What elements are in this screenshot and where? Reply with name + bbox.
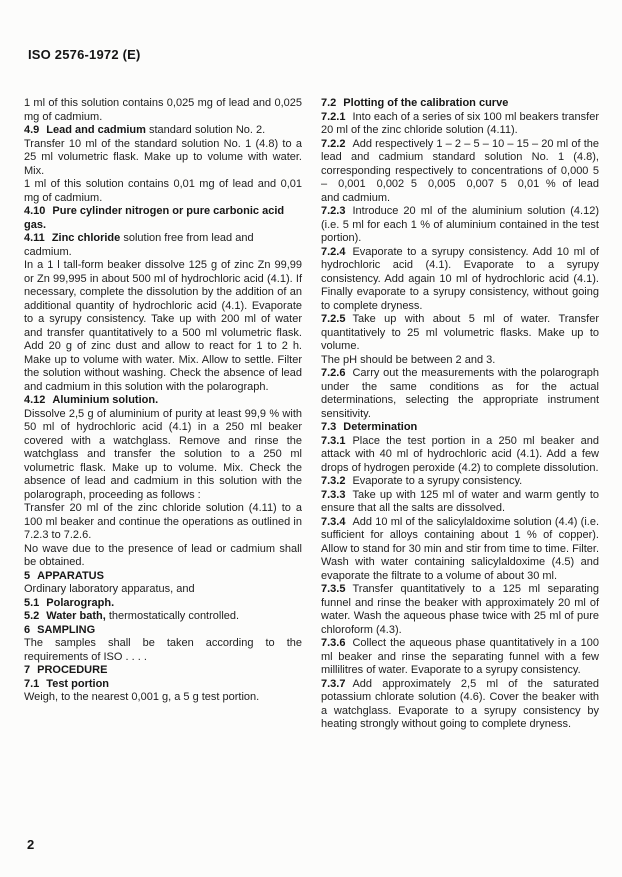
clause-number: 7.3.7 — [321, 678, 345, 690]
right-column: 7.2Plotting of the calibration curve 7.2… — [321, 97, 599, 732]
numbered-paragraph-7-2-5: 7.2.5Take up with about 5 ml of water. T… — [321, 313, 599, 354]
clause-text: Evaporate to a syrupy consistency. — [352, 475, 522, 487]
clause-title: Polarograph. — [46, 597, 114, 609]
paragraph: Ordinary laboratory apparatus, and — [24, 583, 302, 597]
numbered-paragraph-7-3-2: 7.3.2Evaporate to a syrupy consistency. — [321, 475, 599, 489]
clause-number: 7.3.2 — [321, 475, 345, 487]
paragraph: In a 1 l tall-form beaker dissolve 125 g… — [24, 259, 302, 394]
clause-title: Pure cylinder nitrogen or pure carbonic … — [24, 205, 284, 231]
clause-text: Place the test portion in a 250 ml beake… — [321, 435, 599, 474]
numbered-paragraph-7-2-2: 7.2.2Add respectively 1 – 2 – 5 – 10 – 1… — [321, 138, 599, 206]
section-number: 5 — [24, 570, 30, 582]
paragraph: No wave due to the presence of lead or c… — [24, 543, 302, 570]
paragraph: Dissolve 2,5 g of aluminium of purity at… — [24, 408, 302, 503]
paragraph: 1 ml of this solution contains 0,025 mg … — [24, 97, 302, 124]
clause-number: 7.2 — [321, 97, 336, 109]
clause-number: 7.2.2 — [321, 138, 345, 150]
numbered-paragraph-7-3-5: 7.3.5Transfer quantitatively to a 125 ml… — [321, 583, 599, 637]
paragraph: The pH should be between 2 and 3. — [321, 354, 599, 368]
section-heading-6: 6SAMPLING — [24, 624, 302, 638]
numbered-paragraph-7-3-3: 7.3.3Take up with 125 ml of water and wa… — [321, 489, 599, 516]
clause-heading-4-12: 4.12Aluminium solution. — [24, 394, 302, 408]
clause-title: Aluminium solution. — [52, 394, 158, 406]
numbered-paragraph-7-2-3: 7.2.3Introduce 20 ml of the aluminium so… — [321, 205, 599, 246]
section-number: 7 — [24, 664, 30, 676]
page-number: 2 — [27, 837, 34, 852]
clause-text: Collect the aqueous phase quantitatively… — [321, 637, 599, 676]
numbered-paragraph-7-2-1: 7.2.1Into each of a series of six 100 ml… — [321, 111, 599, 138]
clause-text: Into each of a series of six 100 ml beak… — [321, 111, 599, 137]
section-heading-7: 7PROCEDURE — [24, 664, 302, 678]
clause-title: Water bath, — [46, 610, 106, 622]
clause-number: 4.11 — [24, 232, 45, 244]
clause-text: Add respectively 1 – 2 – 5 – 10 – 15 – 2… — [321, 138, 599, 204]
clause-text: Transfer quantitatively to a 125 ml sepa… — [321, 583, 599, 636]
clause-number: 5.2 — [24, 610, 39, 622]
clause-number: 7.1 — [24, 678, 39, 690]
clause-number: 7.3 — [321, 421, 336, 433]
paragraph: 1 ml of this solution contains 0,01 mg o… — [24, 178, 302, 205]
clause-heading-7-3: 7.3Determination — [321, 421, 599, 435]
clause-number: 7.3.6 — [321, 637, 345, 649]
clause-text: Evaporate to a syrupy consistency. Add 1… — [321, 246, 599, 312]
clause-heading-5-2: 5.2Water bath, thermostatically controll… — [24, 610, 302, 624]
clause-number: 7.3.3 — [321, 489, 345, 501]
section-number: 6 — [24, 624, 30, 636]
clause-text: Add approximately 2,5 ml of the saturate… — [321, 678, 599, 731]
clause-number: 7.2.5 — [321, 313, 345, 325]
paragraph: The samples shall be taken according to … — [24, 637, 302, 664]
numbered-paragraph-7-2-4: 7.2.4Evaporate to a syrupy consistency. … — [321, 246, 599, 314]
clause-title-rest: thermostatically controlled. — [106, 610, 239, 622]
clause-number: 4.12 — [24, 394, 45, 406]
paragraph: Weigh, to the nearest 0,001 g, a 5 g tes… — [24, 691, 302, 705]
two-column-body: 1 ml of this solution contains 0,025 mg … — [24, 97, 599, 732]
clause-title-rest: standard solution No. 2. — [146, 124, 265, 136]
clause-title: Determination — [343, 421, 417, 433]
numbered-paragraph-7-2-6: 7.2.6Carry out the measurements with the… — [321, 367, 599, 421]
clause-number: 7.3.1 — [321, 435, 345, 447]
clause-number: 7.3.4 — [321, 516, 345, 528]
clause-heading-4-9: 4.9Lead and cadmium standard solution No… — [24, 124, 302, 138]
clause-number: 7.2.3 — [321, 205, 345, 217]
section-heading-5: 5APPARATUS — [24, 570, 302, 584]
numbered-paragraph-7-3-7: 7.3.7Add approximately 2,5 ml of the sat… — [321, 678, 599, 732]
numbered-paragraph-7-3-1: 7.3.1Place the test portion in a 250 ml … — [321, 435, 599, 476]
clause-text: Take up with 125 ml of water and warm ge… — [321, 489, 599, 515]
clause-title: Lead and cadmium — [46, 124, 146, 136]
clause-text: Carry out the measurements with the pola… — [321, 367, 599, 420]
clause-number: 5.1 — [24, 597, 39, 609]
clause-text: Add 10 ml of the salicylaldoxime solutio… — [321, 516, 599, 582]
clause-number: 7.2.6 — [321, 367, 345, 379]
clause-number: 7.2.4 — [321, 246, 345, 258]
paragraph: Transfer 10 ml of the standard solution … — [24, 138, 302, 179]
clause-heading-7-2: 7.2Plotting of the calibration curve — [321, 97, 599, 111]
clause-number: 7.2.1 — [321, 111, 345, 123]
clause-heading-5-1: 5.1Polarograph. — [24, 597, 302, 611]
clause-number: 4.10 — [24, 205, 45, 217]
document-reference: ISO 2576-1972 (E) — [28, 47, 141, 62]
clause-heading-7-1: 7.1Test portion — [24, 678, 302, 692]
clause-title: Plotting of the calibration curve — [343, 97, 508, 109]
clause-heading-4-11: 4.11Zinc chloride solution free from lea… — [24, 232, 302, 259]
clause-text: Introduce 20 ml of the aluminium solutio… — [321, 205, 599, 244]
clause-number: 7.3.5 — [321, 583, 345, 595]
numbered-paragraph-7-3-6: 7.3.6Collect the aqueous phase quantitat… — [321, 637, 599, 678]
clause-title: Zinc chloride — [52, 232, 120, 244]
section-title: APPARATUS — [37, 570, 104, 582]
section-title: SAMPLING — [37, 624, 95, 636]
clause-title: Test portion — [46, 678, 109, 690]
clause-number: 4.9 — [24, 124, 39, 136]
numbered-paragraph-7-3-4: 7.3.4Add 10 ml of the salicylaldoxime so… — [321, 516, 599, 584]
clause-heading-4-10: 4.10Pure cylinder nitrogen or pure carbo… — [24, 205, 302, 232]
clause-text: Take up with about 5 ml of water. Transf… — [321, 313, 599, 352]
section-title: PROCEDURE — [37, 664, 107, 676]
left-column: 1 ml of this solution contains 0,025 mg … — [24, 97, 302, 732]
paragraph: Transfer 20 ml of the zinc chloride solu… — [24, 502, 302, 543]
